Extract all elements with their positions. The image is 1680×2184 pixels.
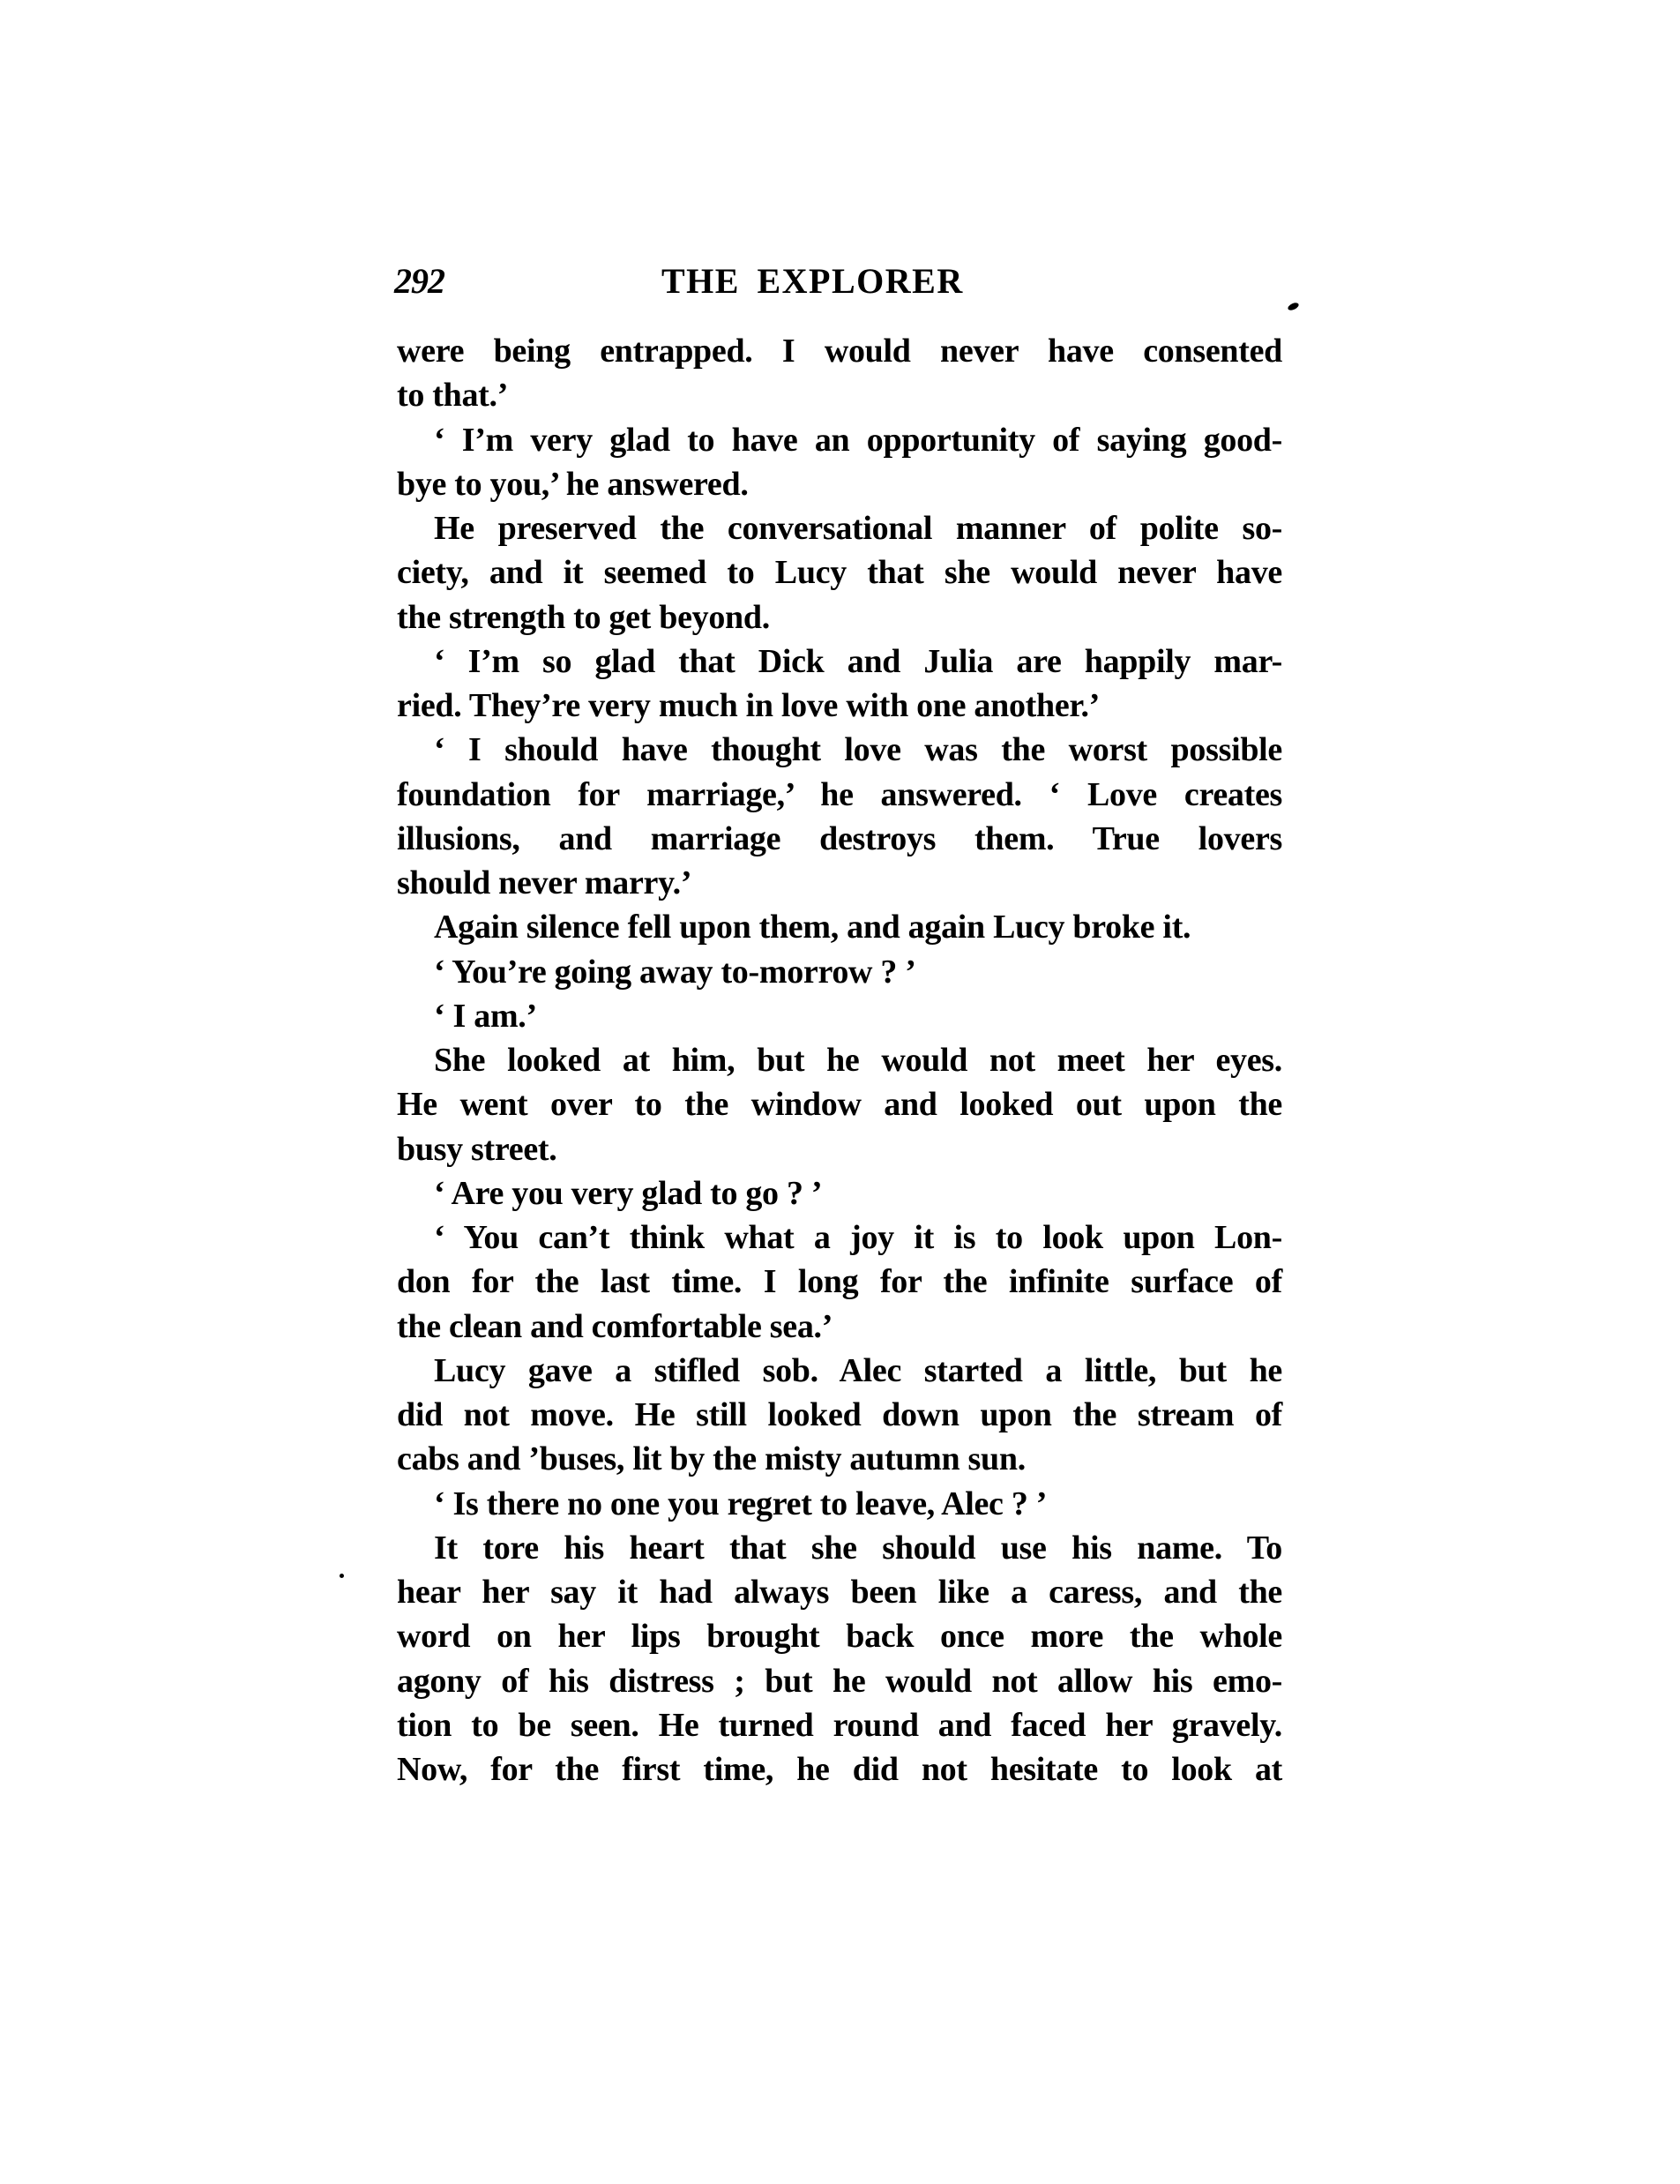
- text-line: don for the last time. I long for the in…: [397, 1260, 1282, 1304]
- text-line: ried. They’re very much in love with one…: [397, 684, 1282, 728]
- text-line: ‘ Are you very glad to go ? ’: [397, 1171, 1282, 1215]
- text-line: ciety, and it seemed to Lucy that she wo…: [397, 550, 1282, 595]
- page-number: 292: [394, 261, 444, 302]
- text-line: tion to be seen. He turned round and fac…: [397, 1703, 1282, 1747]
- running-title: THE EXPLORER: [661, 261, 964, 302]
- book-page: 292 THE EXPLORER were being entrapped. I…: [0, 0, 1680, 2184]
- text-line: busy street.: [397, 1127, 1282, 1171]
- text-line: Lucy gave a stifled sob. Alec started a …: [397, 1349, 1282, 1393]
- text-line: He preserved the conversational manner o…: [397, 506, 1282, 550]
- text-line: ‘ You’re going away to-morrow ? ’: [397, 950, 1282, 994]
- text-line: the strength to get beyond.: [397, 595, 1282, 639]
- ink-speck-mark: [340, 1574, 344, 1578]
- text-line: cabs and ’buses, lit by the misty autumn…: [397, 1437, 1282, 1481]
- text-line: bye to you,’ he answered.: [397, 462, 1282, 506]
- text-line: were being entrapped. I would never have…: [397, 329, 1282, 373]
- text-line: She looked at him, but he would not meet…: [397, 1038, 1282, 1082]
- text-line: should never marry.’: [397, 861, 1282, 905]
- text-line: the clean and comfortable sea.’: [397, 1305, 1282, 1349]
- running-head: 292 THE EXPLORER: [394, 261, 1281, 302]
- text-line: ‘ You can’t think what a joy it is to lo…: [397, 1215, 1282, 1260]
- text-line: ‘ I should have thought love was the wor…: [397, 728, 1282, 772]
- text-line: word on her lips brought back once more …: [397, 1614, 1282, 1658]
- body-text: were being entrapped. I would never have…: [397, 329, 1282, 1791]
- text-line: agony of his distress ; but he would not…: [397, 1659, 1282, 1703]
- text-line: did not move. He still looked down upon …: [397, 1393, 1282, 1437]
- text-line: ‘ Is there no one you regret to leave, A…: [397, 1482, 1282, 1526]
- text-line: illusions, and marriage destroys them. T…: [397, 817, 1282, 861]
- text-line: hear her say it had always been like a c…: [397, 1570, 1282, 1614]
- text-line: to that.’: [397, 373, 1282, 417]
- text-line: Again silence fell upon them, and again …: [397, 905, 1282, 949]
- text-line: ‘ I’m so glad that Dick and Julia are ha…: [397, 639, 1282, 684]
- text-line: Now, for the first time, he did not hesi…: [397, 1747, 1282, 1791]
- text-line: ‘ I am.’: [397, 994, 1282, 1038]
- text-line: foundation for marriage,’ he answered. ‘…: [397, 773, 1282, 817]
- ink-speck-mark: [1287, 302, 1300, 312]
- text-line: ‘ I’m very glad to have an opportunity o…: [397, 418, 1282, 462]
- text-line: He went over to the window and looked ou…: [397, 1082, 1282, 1126]
- text-line: It tore his heart that she should use hi…: [397, 1526, 1282, 1570]
